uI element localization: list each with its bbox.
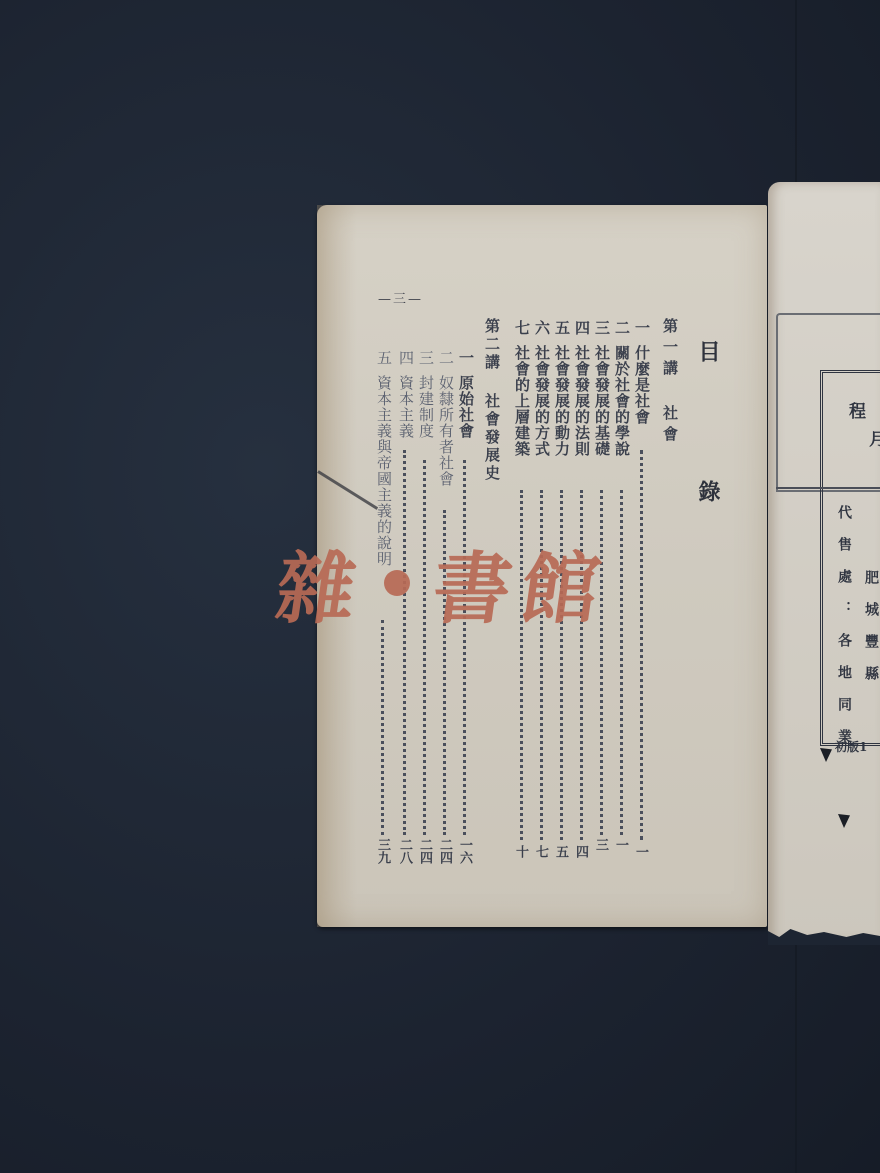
ch1-sec2-page: 一	[612, 838, 628, 851]
watermark-char-3: 館	[514, 527, 612, 639]
distributor-label: 代售處：各地同業	[835, 505, 853, 761]
leader-dots	[403, 450, 406, 835]
ch2-sec4-title: 資本主義	[396, 375, 416, 439]
leader-dots	[620, 490, 623, 835]
ch1-sec4-title: 社會發展的法則	[572, 345, 592, 457]
ch2-sec4-num: 四	[396, 350, 416, 366]
ch1-sec2-title: 關於社會的學說	[612, 345, 632, 457]
publisher-fragment: 肥城豐縣	[862, 570, 880, 698]
leader-dots	[463, 460, 466, 835]
toc-title-char-2: 錄	[693, 480, 724, 502]
watermark: 雜 書 館	[278, 528, 604, 638]
ch1-sec4-page: 四	[572, 845, 588, 858]
ch1-sec5-num: 五	[552, 320, 572, 336]
ch1-sec6-num: 六	[532, 320, 552, 336]
ch1-sec1-page: 一	[632, 845, 648, 858]
right-page-top-char-1: 程	[846, 402, 864, 419]
ch2-sec5-page: 三九	[374, 838, 390, 864]
leader-dots	[423, 460, 426, 835]
ch2-sec1-page: 一六	[456, 838, 472, 864]
ch2-sec3-num: 三	[416, 350, 436, 366]
ch1-sec7-title: 社會的上層建築	[512, 345, 532, 457]
page-number: —三—	[378, 288, 423, 307]
ch1-sec1-title: 什麼是社會	[632, 345, 652, 425]
ch2-sec4-page: 二八	[396, 838, 412, 864]
ch2-sec1-title: 原始社會	[456, 375, 476, 439]
ch1-sec4-num: 四	[572, 320, 592, 336]
ch2-sec1-num: 一	[456, 350, 476, 366]
watermark-char-1: 雜	[270, 527, 368, 639]
chapter-1-heading: 第一講 社會	[660, 318, 680, 447]
ch2-sec2-num: 二	[436, 350, 456, 366]
edition-fragment: 初版1	[835, 738, 867, 756]
ch2-sec2-page: 二四	[436, 838, 452, 864]
ch1-sec5-title: 社會發展的動力	[552, 345, 572, 457]
toc-title-char-1: 目	[693, 340, 724, 362]
ch1-sec7-num: 七	[512, 320, 532, 336]
ch1-sec2-num: 二	[612, 320, 632, 336]
ch1-sec3-num: 三	[592, 320, 612, 336]
chapter-2-heading: 第二講 社會發展史	[482, 318, 502, 483]
ch2-sec3-page: 二四	[416, 838, 432, 864]
right-page-top-char-2: 月	[866, 430, 880, 447]
ch1-sec5-page: 五	[552, 845, 568, 858]
ch1-sec7-page: 十	[512, 845, 528, 858]
ch1-sec6-page: 七	[532, 845, 548, 858]
ch1-sec3-page: 三	[592, 838, 608, 851]
right-page-divider	[776, 487, 880, 489]
ch2-sec5-num: 五	[374, 350, 394, 366]
watermark-char-2: 書	[426, 527, 524, 639]
watermark-dot	[384, 570, 410, 596]
ch1-sec1-num: 一	[632, 320, 652, 336]
ch1-sec6-title: 社會發展的方式	[532, 345, 552, 457]
leader-dots	[381, 620, 384, 835]
ch1-sec3-title: 社會發展的基礎	[592, 345, 612, 457]
ch2-sec3-title: 封建制度	[416, 375, 436, 439]
ch2-sec2-title: 奴隸所有者社會	[436, 375, 456, 487]
leader-dots	[640, 450, 643, 840]
